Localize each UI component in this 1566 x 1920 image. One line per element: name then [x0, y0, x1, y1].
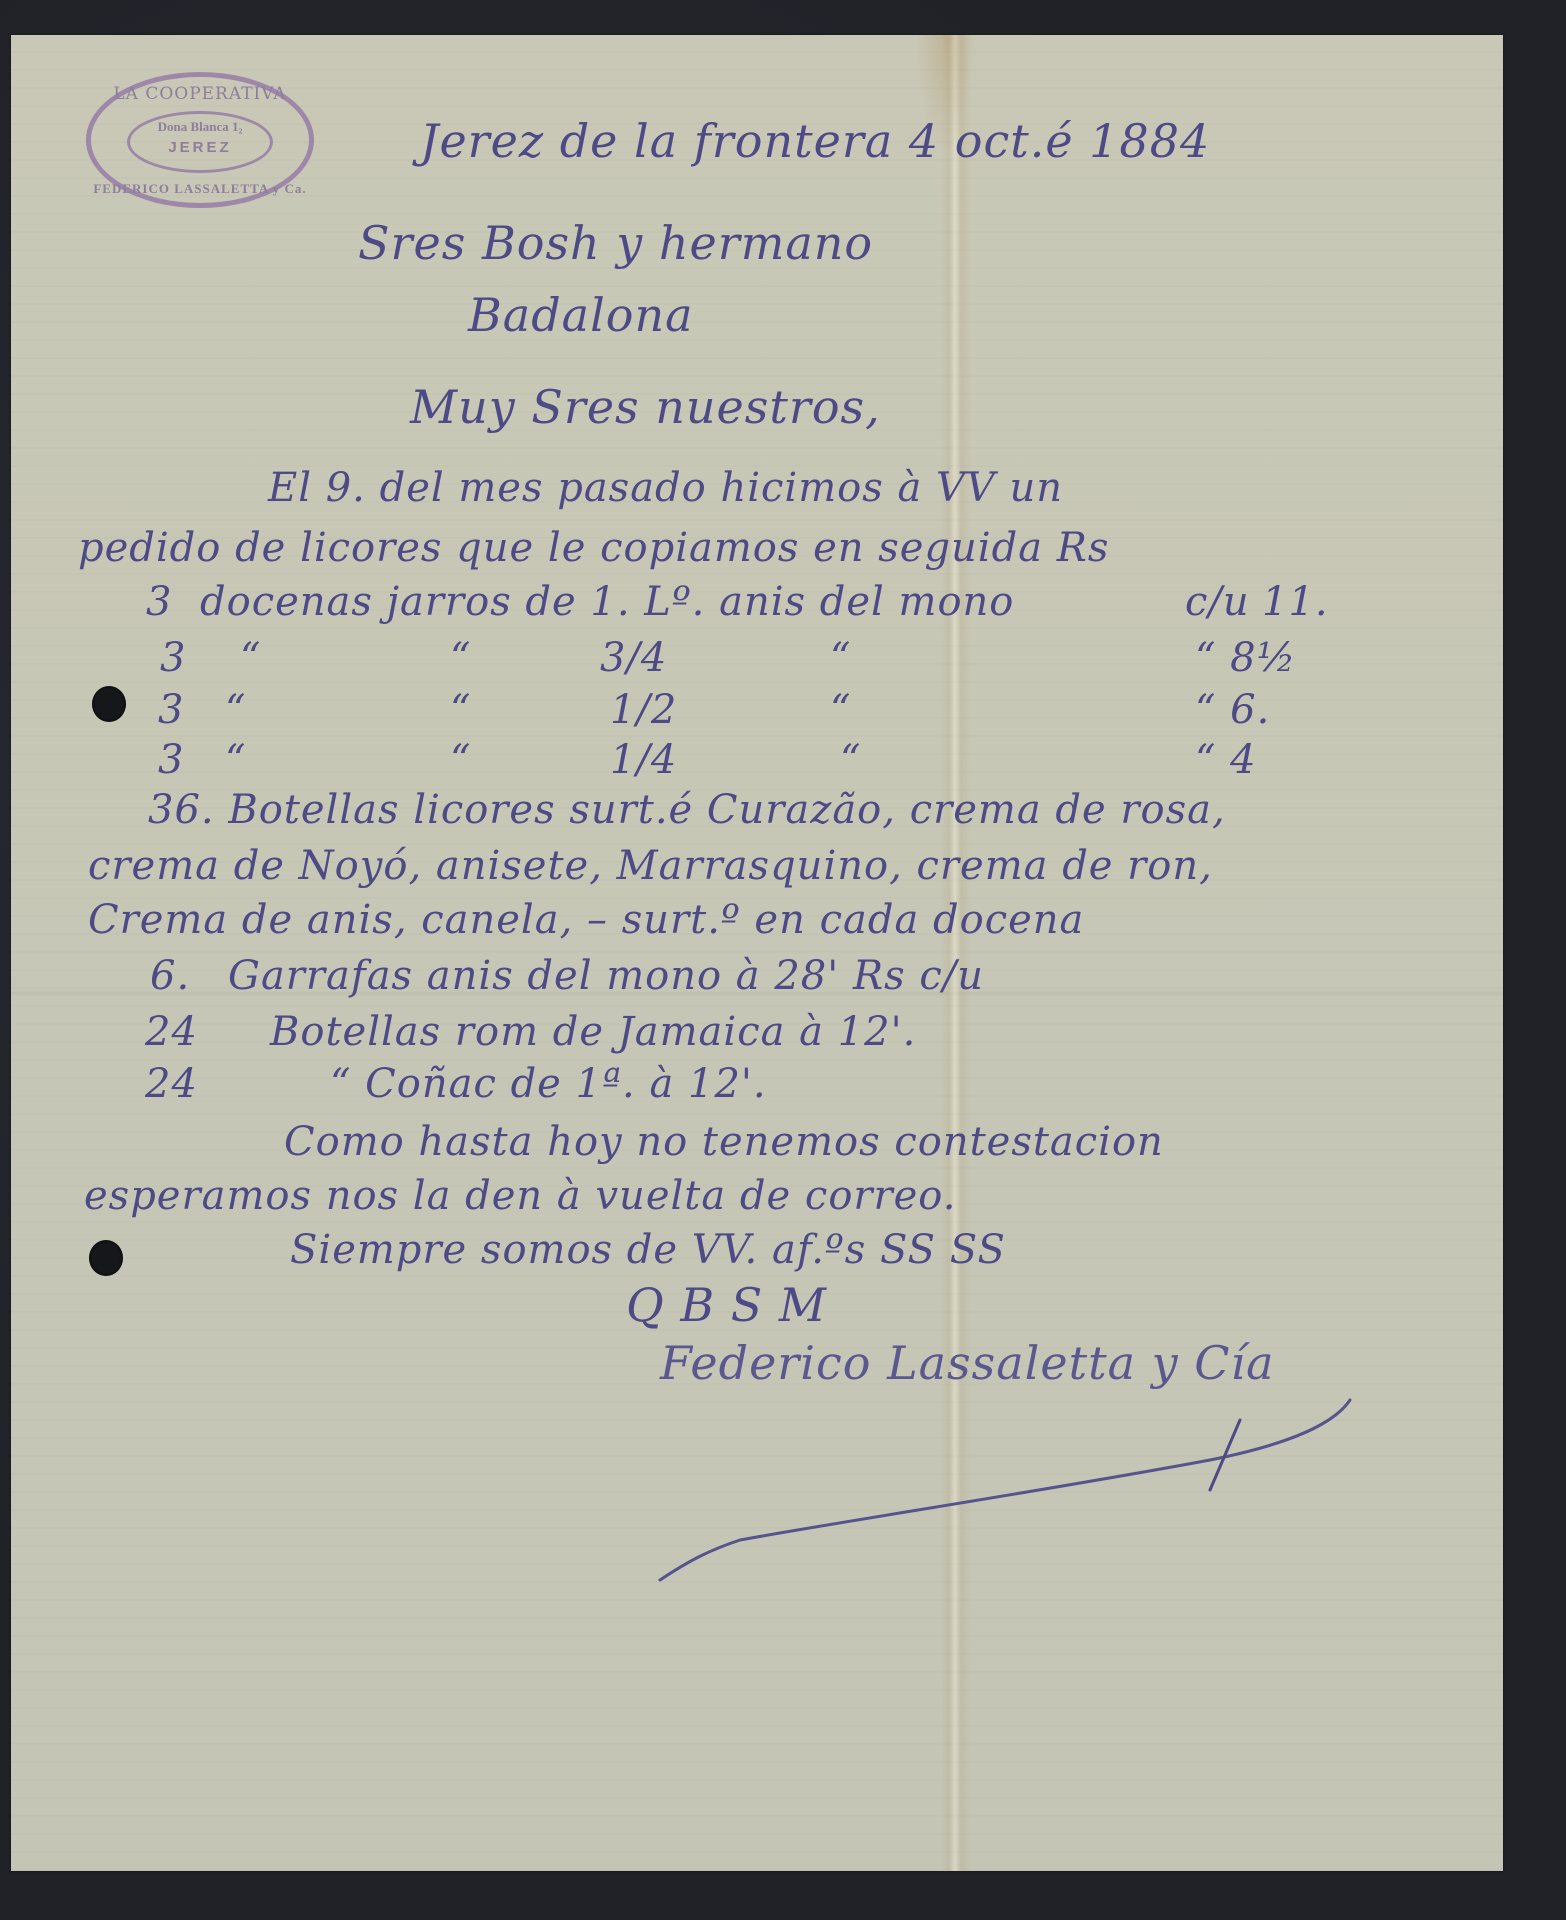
punch-hole-bottom	[89, 1240, 123, 1276]
extra-qty: 24	[145, 1012, 198, 1052]
closing-line-1: Como hasta hoy no tenemos contestacion	[284, 1122, 1164, 1162]
order-desc: docenas jarros de 1. Lº. anis del mono	[200, 582, 1014, 622]
bottles-line-2: crema de Noyó, anisete, Marrasquino, cre…	[88, 846, 1213, 886]
order-qty: 3	[158, 690, 184, 730]
intro-line-1: El 9. del mes pasado hicimos à VV un	[268, 468, 1063, 508]
order-ditto: “	[840, 740, 861, 780]
intro-line-2: pedido de licores que le copiamos en seg…	[78, 528, 1109, 568]
closing-line-2: esperamos nos la den à vuelta de correo.	[84, 1176, 956, 1216]
order-ditto: “	[450, 690, 471, 730]
order-qty: 3	[158, 740, 184, 780]
stamp-city: JEREZ	[91, 139, 309, 156]
extra-desc: “ Coñac de 1ª. à 12'.	[330, 1064, 767, 1104]
bottles-line-3: Crema de anis, canela, – surt.º en cada …	[88, 900, 1084, 940]
order-measure: 1/2	[610, 690, 677, 730]
order-measure: 3/4	[600, 638, 667, 678]
valediction: Siempre somos de VV. af.ºs SS SS	[290, 1230, 1006, 1270]
extra-qty: 6.	[150, 956, 190, 996]
salutation: Muy Sres nuestros,	[410, 384, 881, 430]
order-unit: c/u	[1185, 582, 1250, 622]
order-price: “ 6.	[1195, 690, 1270, 730]
order-price: “ 4	[1195, 740, 1257, 780]
punch-hole-top	[92, 686, 126, 722]
company-stamp: LA COOPERATIVA Dona Blanca 1₂ JEREZ FEDE…	[86, 72, 314, 208]
order-price: 11.	[1262, 582, 1329, 622]
stamp-address: Dona Blanca 1₂	[91, 119, 309, 135]
bottles-line-1: 36. Botellas licores surt.é Curazão, cre…	[148, 790, 1226, 830]
order-ditto: “	[450, 638, 471, 678]
order-ditto: “	[830, 690, 851, 730]
order-measure: 1/4	[610, 740, 677, 780]
order-ditto: “	[225, 740, 246, 780]
extra-desc: Garrafas anis del mono à 28' Rs c/u	[228, 956, 984, 996]
order-ditto: “	[450, 740, 471, 780]
recipient-name: Sres Bosh y hermano	[358, 220, 873, 266]
recipient-city: Badalona	[468, 292, 694, 338]
signature-flourish	[650, 1370, 1370, 1590]
order-ditto: “	[240, 638, 261, 678]
order-ditto: “	[225, 690, 246, 730]
order-price: “ 8½	[1195, 638, 1296, 678]
stamp-owner: FEDERICO LASSALETTA y Ca.	[91, 181, 309, 197]
order-qty: 3	[160, 638, 186, 678]
extra-qty: 24	[145, 1064, 198, 1104]
place-date: Jerez de la frontera 4 oct.é 1884	[420, 118, 1210, 164]
order-qty: 3	[146, 582, 172, 622]
order-ditto: “	[830, 638, 851, 678]
extra-desc: Botellas rom de Jamaica à 12'.	[270, 1012, 916, 1052]
initials: Q B S M	[626, 1282, 827, 1328]
stamp-company-name: LA COOPERATIVA	[91, 84, 309, 104]
